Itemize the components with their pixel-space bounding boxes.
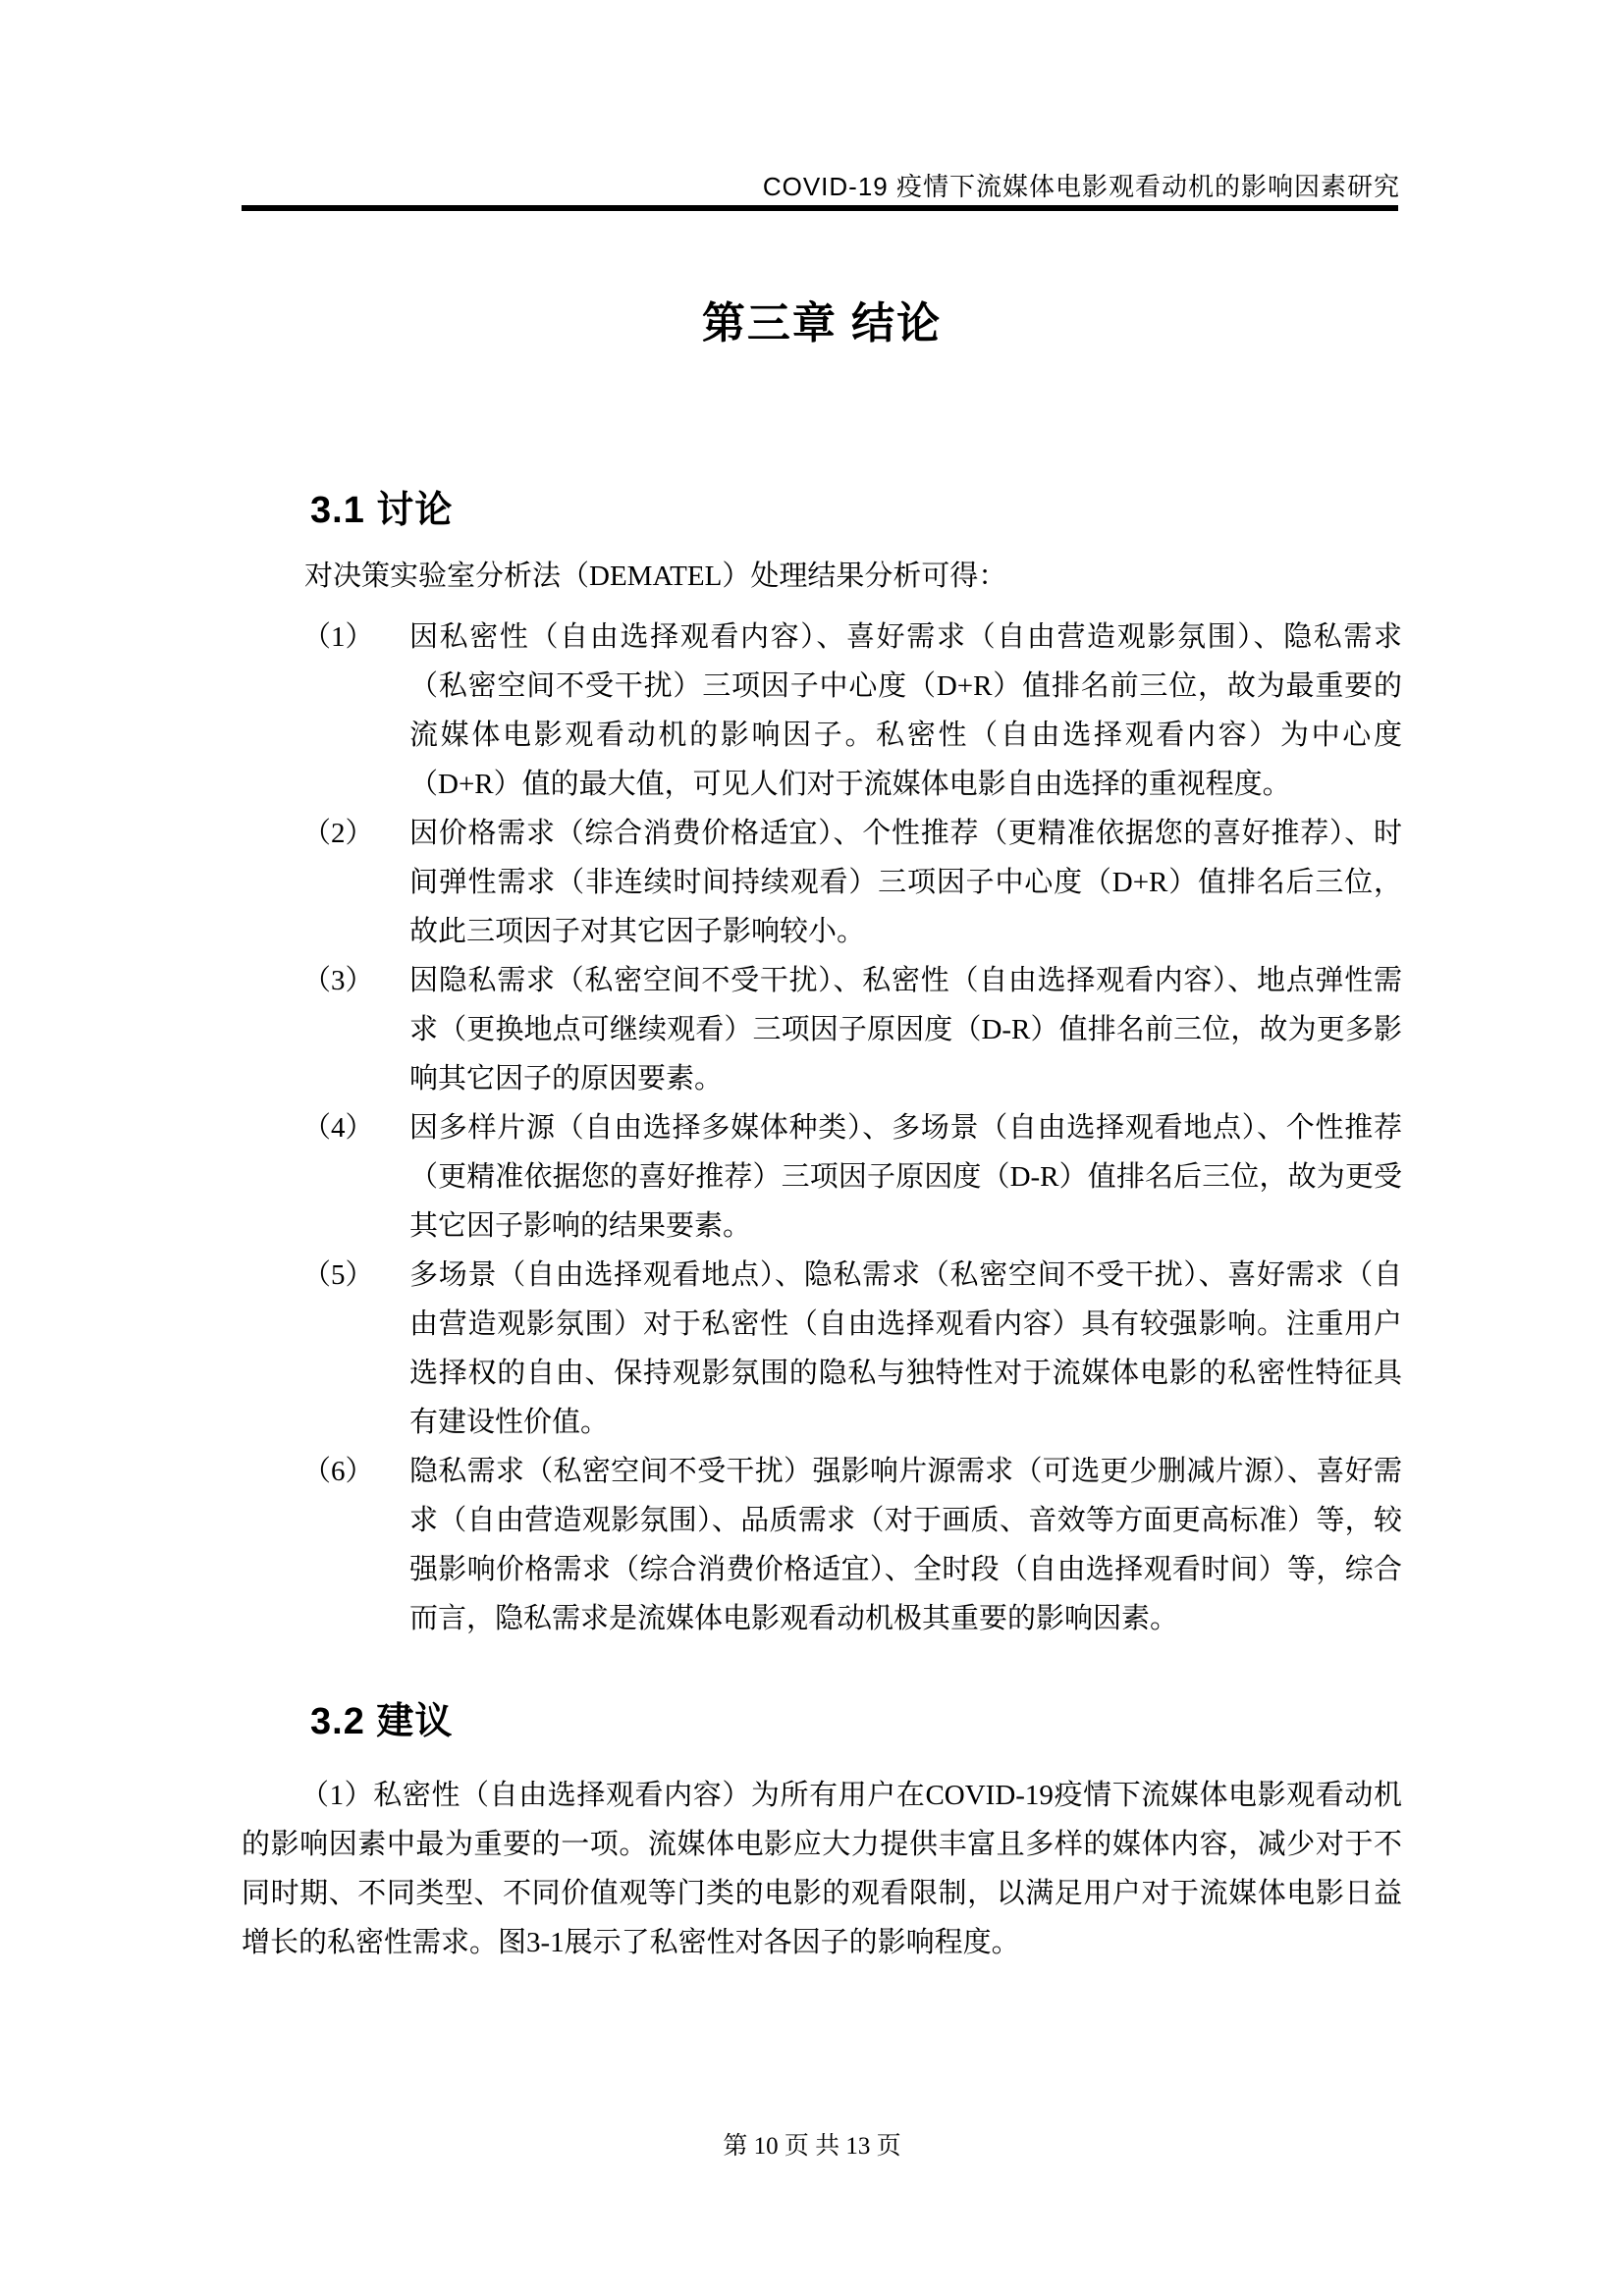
chapter-title: 第三章 结论: [242, 296, 1402, 351]
dematel-intro: 对决策实验室分析法（DEMATEL）处理结果分析可得：: [242, 552, 1402, 601]
item-text: 因隐私需求（私密空间不受干扰）、私密性（自由选择观看内容）、地点弹性需求（更换地…: [409, 965, 1402, 1095]
list-item: （3） 因隐私需求（私密空间不受干扰）、私密性（自由选择观看内容）、地点弹性需求…: [242, 956, 1402, 1103]
list-item: （6） 隐私需求（私密空间不受干扰）强影响片源需求（可选更少删减片源）、喜好需求…: [242, 1447, 1402, 1643]
item-marker: （5）: [302, 1251, 374, 1300]
item-marker: （3）: [302, 956, 374, 1005]
item-marker: （2）: [302, 809, 374, 858]
suggestion-paragraph: （1）私密性（自由选择观看内容）为所有用户在COVID-19疫情下流媒体电影观看…: [242, 1771, 1402, 1967]
item-text: 因多样片源（自由选择多媒体种类）、多场景（自由选择观看地点）、个性推荐（更精准依…: [409, 1112, 1402, 1242]
item-marker: （6）: [302, 1447, 374, 1496]
page-footer: 第 10 页 共 13 页: [0, 2132, 1624, 2162]
section-heading-3-2: 3.2 建议: [242, 1694, 1402, 1749]
list-item: （2） 因价格需求（综合消费价格适宜）、个性推荐（更精准依据您的喜好推荐）、时间…: [242, 809, 1402, 956]
item-marker: （4）: [302, 1103, 374, 1152]
list-item: （1） 因私密性（自由选择观看内容）、喜好需求（自由营造观影氛围）、隐私需求（私…: [242, 613, 1402, 809]
item-text: 因私密性（自由选择观看内容）、喜好需求（自由营造观影氛围）、隐私需求（私密空间不…: [409, 621, 1402, 800]
item-text: 多场景（自由选择观看地点）、隐私需求（私密空间不受干扰）、喜好需求（自由营造观影…: [409, 1259, 1402, 1438]
section-heading-3-1: 3.1 讨论: [242, 483, 1402, 538]
running-header: COVID-19 疫情下流媒体电影观看动机的影响因素研究: [242, 171, 1400, 202]
list-item: （4） 因多样片源（自由选择多媒体种类）、多场景（自由选择观看地点）、个性推荐（…: [242, 1103, 1402, 1251]
list-item: （5） 多场景（自由选择观看地点）、隐私需求（私密空间不受干扰）、喜好需求（自由…: [242, 1251, 1402, 1447]
page-number-label: 第 10 页 共 13 页: [723, 2133, 900, 2160]
findings-list: （1） 因私密性（自由选择观看内容）、喜好需求（自由营造观影氛围）、隐私需求（私…: [242, 613, 1402, 1643]
document-page: COVID-19 疫情下流媒体电影观看动机的影响因素研究 第三章 结论 3.1 …: [0, 0, 1624, 2296]
page-content: 第三章 结论 3.1 讨论 对决策实验室分析法（DEMATEL）处理结果分析可得…: [242, 275, 1402, 1967]
running-header-text: COVID-19 疫情下流媒体电影观看动机的影响因素研究: [763, 172, 1400, 201]
item-text: 隐私需求（私密空间不受干扰）强影响片源需求（可选更少删减片源）、喜好需求（自由营…: [409, 1456, 1402, 1634]
item-marker: （1）: [302, 613, 374, 662]
item-text: 因价格需求（综合消费价格适宜）、个性推荐（更精准依据您的喜好推荐）、时间弹性需求…: [409, 818, 1402, 947]
header-rule: [242, 205, 1398, 211]
